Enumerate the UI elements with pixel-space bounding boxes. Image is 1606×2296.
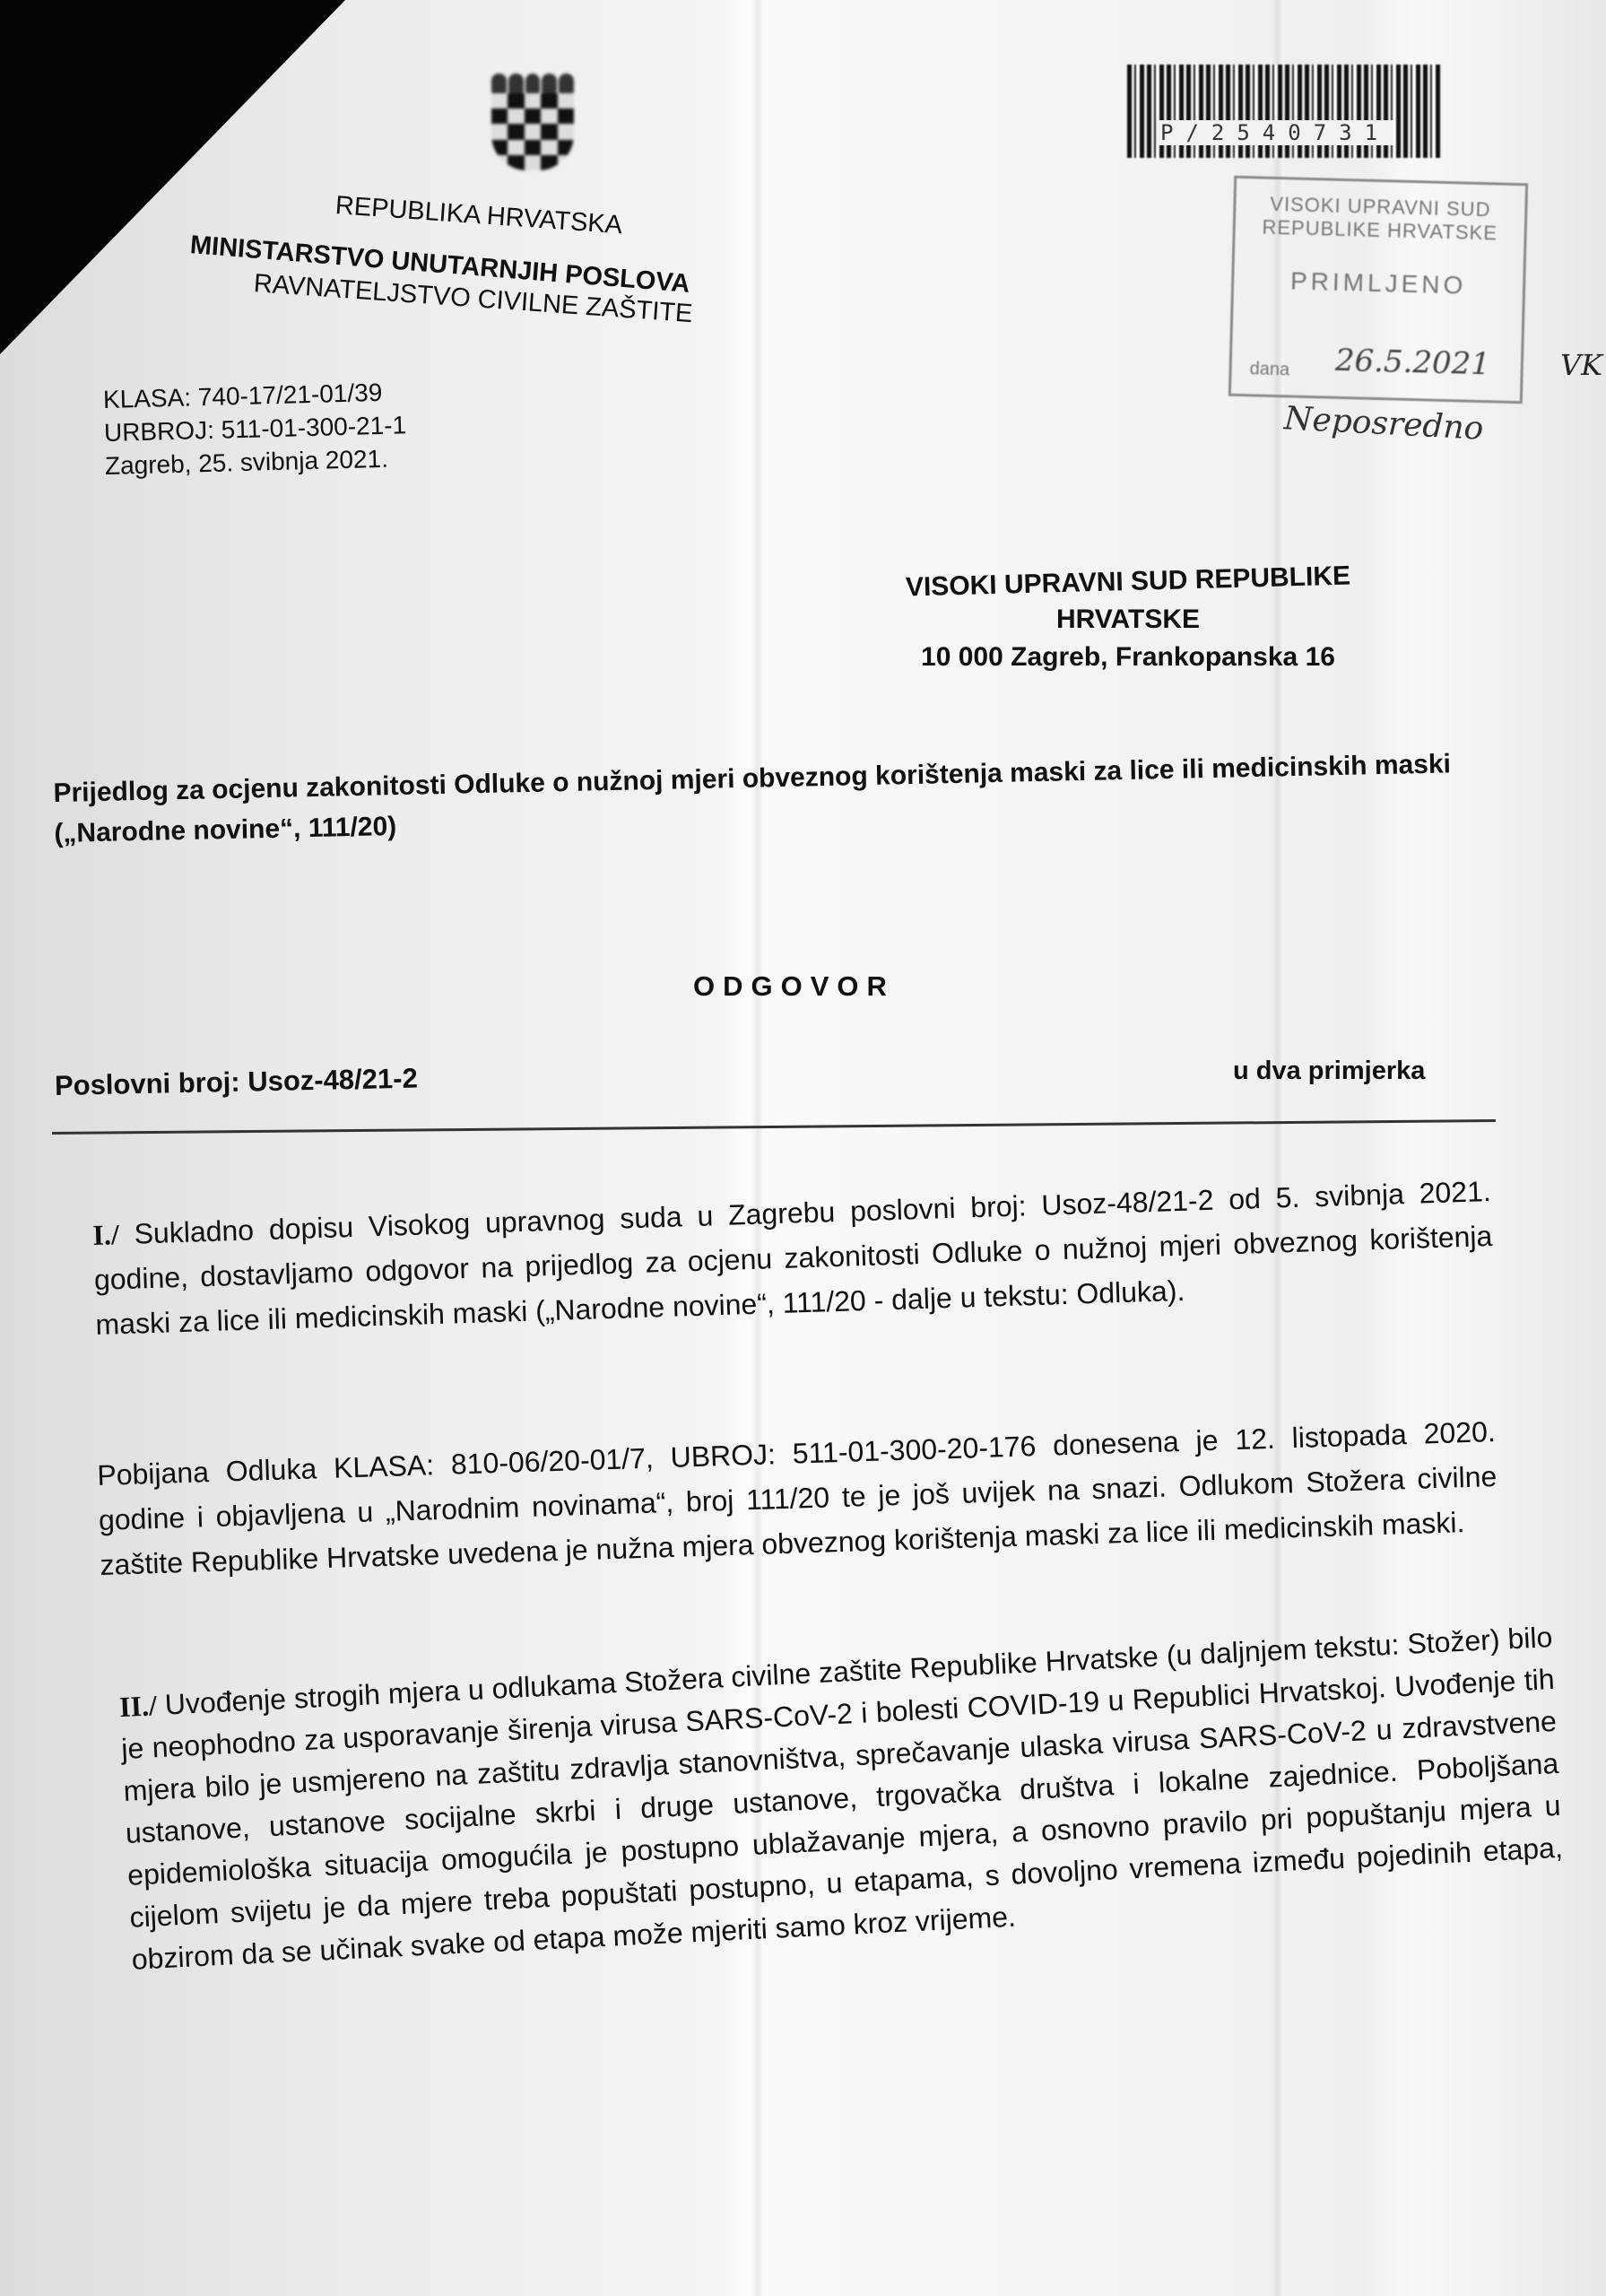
section-2-paragraph: II./ Uvođenje strogih mjera u odlukama S… [118,1616,1566,1981]
stamp-date-label: dana [1249,359,1289,380]
recipient-address-line: 10 000 Zagreb, Frankopanska 16 [823,639,1433,676]
subject-line: Prijedlog za ocjenu zakonitosti Odluke o… [53,743,1507,854]
document-meta: KLASA: 740-17/21-01/39 URBROJ: 511-01-30… [103,375,408,483]
section-numeral: II./ [118,1689,158,1723]
document-title: ODGOVOR [693,970,895,1003]
handwritten-initials: VK [1560,348,1602,382]
barcode-number: P/2540731 [1157,120,1393,145]
section-text: Uvođenje strogih mjera u odlukama Stožer… [121,1621,1564,1976]
header-country: REPUBLIKA HRVATSKA [334,191,623,240]
paper-fold [751,0,764,2296]
coat-of-arms-icon [491,74,574,172]
document-page: REPUBLIKA HRVATSKA MINISTARSTVO UNUTARNJ… [0,0,1606,2296]
recipient-address: VISOKI UPRAVNI SUD REPUBLIKE HRVATSKE 10… [823,563,1433,676]
copies-note: u dva primjerka [1233,1057,1425,1086]
stamp-status: PRIMLJENO [1234,265,1524,301]
handwritten-note: Neposredno [1283,400,1484,448]
section-1-paragraph-2: Pobijana Odluka KLASA: 810-06/20-01/7, U… [97,1409,1499,1587]
place-date: Zagreb, 25. svibnja 2021. [104,441,407,483]
section-text: Pobijana Odluka KLASA: 810-06/20-01/7, U… [97,1415,1497,1581]
section-numeral: I./ [92,1218,119,1251]
received-stamp: VISOKI UPRAVNI SUD REPUBLIKE HRVATSKE PR… [1228,176,1528,404]
recipient-line2: HRVATSKE [823,601,1433,639]
case-number: Poslovni broj: Usoz-48/21-2 [55,1063,418,1102]
stamp-date-value: 26.5.2021 [1334,343,1490,383]
